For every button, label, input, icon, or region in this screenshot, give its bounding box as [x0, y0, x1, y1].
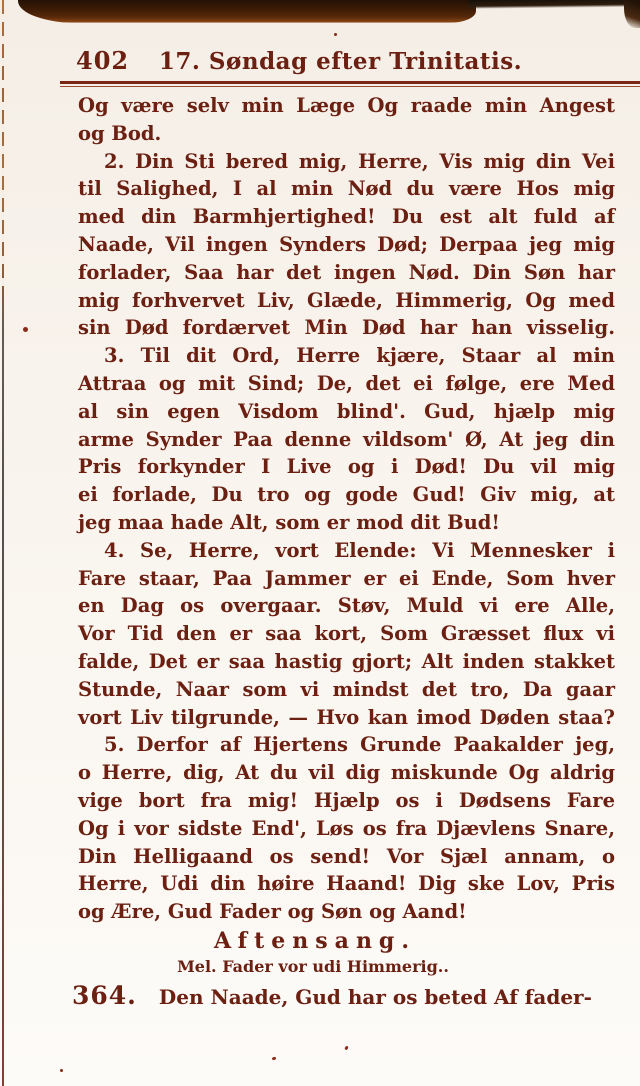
- melody-line: Mel. Fader vor udi Himmerig..: [0, 956, 640, 978]
- text-line: sin Død fordærvet Min Død har han vissel…: [78, 314, 615, 342]
- text-line: ei forlade, Du tro og gode Gud! Giv mig,…: [78, 481, 615, 509]
- text-line: 4. Se, Herre, vort Elende: Vi Mennesker …: [78, 537, 615, 565]
- scan-top-edge-band: [18, 0, 476, 23]
- text-line: 5. Derfor af Hjertens Grunde Paakalder j…: [78, 731, 615, 759]
- text-line: arme Synder Paa denne vildsom' Ø, At jeg…: [78, 426, 615, 454]
- text-line: o Herre, dig, At du vil dig miskunde Og …: [78, 759, 615, 787]
- ink-speck: [272, 1056, 277, 1060]
- text-line: vige bort fra mig! Hjælp os i Dødsens Fa…: [78, 787, 615, 815]
- hymn-first-line: Den Naade, Gud har os beted Af fader-: [159, 985, 592, 1009]
- text-line: Og være selv min Læge Og raade min Anges…: [78, 92, 615, 120]
- text-line: Naade, Vil ingen Synders Død; Derpaa jeg…: [78, 231, 615, 259]
- text-line: Fare staar, Paa Jammer er ei Ende, Som h…: [78, 565, 615, 593]
- running-title: 17. Søndag efter Trinitatis.: [129, 48, 630, 75]
- ink-speck: [60, 1069, 63, 1072]
- text-line: en Dag os overgaar. Støv, Muld vi ere Al…: [78, 592, 615, 620]
- text-line: Din Helligaand os send! Vor Sjæl annam, …: [78, 843, 615, 871]
- scan-top-edge-line: [468, 0, 640, 9]
- ink-speck: [23, 327, 28, 332]
- text-line: Attraa og mit Sind; De, det ei følge, er…: [78, 370, 615, 398]
- hymn-body: Og være selv min Læge Og raade min Anges…: [78, 92, 615, 926]
- page-header: 402 17. Søndag efter Trinitatis.: [60, 46, 630, 76]
- text-line: til Salighed, I al min Nød du være Hos m…: [78, 175, 615, 203]
- text-line: 3. Til dit Ord, Herre kjære, Staar al mi…: [78, 342, 615, 370]
- page-number: 402: [60, 46, 129, 75]
- scanned-book-page: 402 17. Søndag efter Trinitatis. Og være…: [0, 0, 640, 1086]
- text-line: Herre, Udi din høire Haand! Dig ske Lov,…: [78, 870, 615, 898]
- hymn-number: 364.: [72, 981, 137, 1010]
- text-line: Stunde, Naar som vi mindst det tro, Da g…: [78, 676, 615, 704]
- text-line: og Ære, Gud Fader og Søn og Aand!: [78, 898, 615, 926]
- header-rule: [60, 81, 640, 87]
- text-line: 2. Din Sti bered mig, Herre, Vis mig din…: [78, 148, 615, 176]
- text-line: Pris forkynder I Live og i Død! Du vil m…: [78, 453, 615, 481]
- text-line: falde, Det er saa hastig gjort; Alt inde…: [78, 648, 615, 676]
- text-line: mig forhvervet Liv, Glæde, Himmerig, Og …: [78, 287, 615, 315]
- text-line: med din Barmhjertighed! Du est alt fuld …: [78, 203, 615, 231]
- ink-speck: [344, 1046, 349, 1051]
- text-line: Og i vor sidste End', Løs os fra Djævlen…: [78, 815, 615, 843]
- text-line: al sin egen Visdom blind'. Gud, hjælp mi…: [78, 398, 615, 426]
- text-line: og Bod.: [78, 120, 615, 148]
- text-line: Vor Tid den er saa kort, Som Græsset flu…: [78, 620, 615, 648]
- text-line: vort Liv tilgrunde, — Hvo kan imod Døden…: [78, 704, 615, 732]
- section-heading: Aftensang.: [0, 926, 640, 956]
- scan-left-edge-dashes: [2, 0, 4, 290]
- text-line: jeg maa hade Alt, som er mod dit Bud!: [78, 509, 615, 537]
- scan-corner-smudge: [624, 0, 640, 28]
- hymn-start-row: 364.Den Naade, Gud har os beted Af fader…: [72, 980, 615, 1015]
- text-line: forlader, Saa har det ingen Nød. Din Søn…: [78, 259, 615, 287]
- ink-speck: [334, 33, 337, 36]
